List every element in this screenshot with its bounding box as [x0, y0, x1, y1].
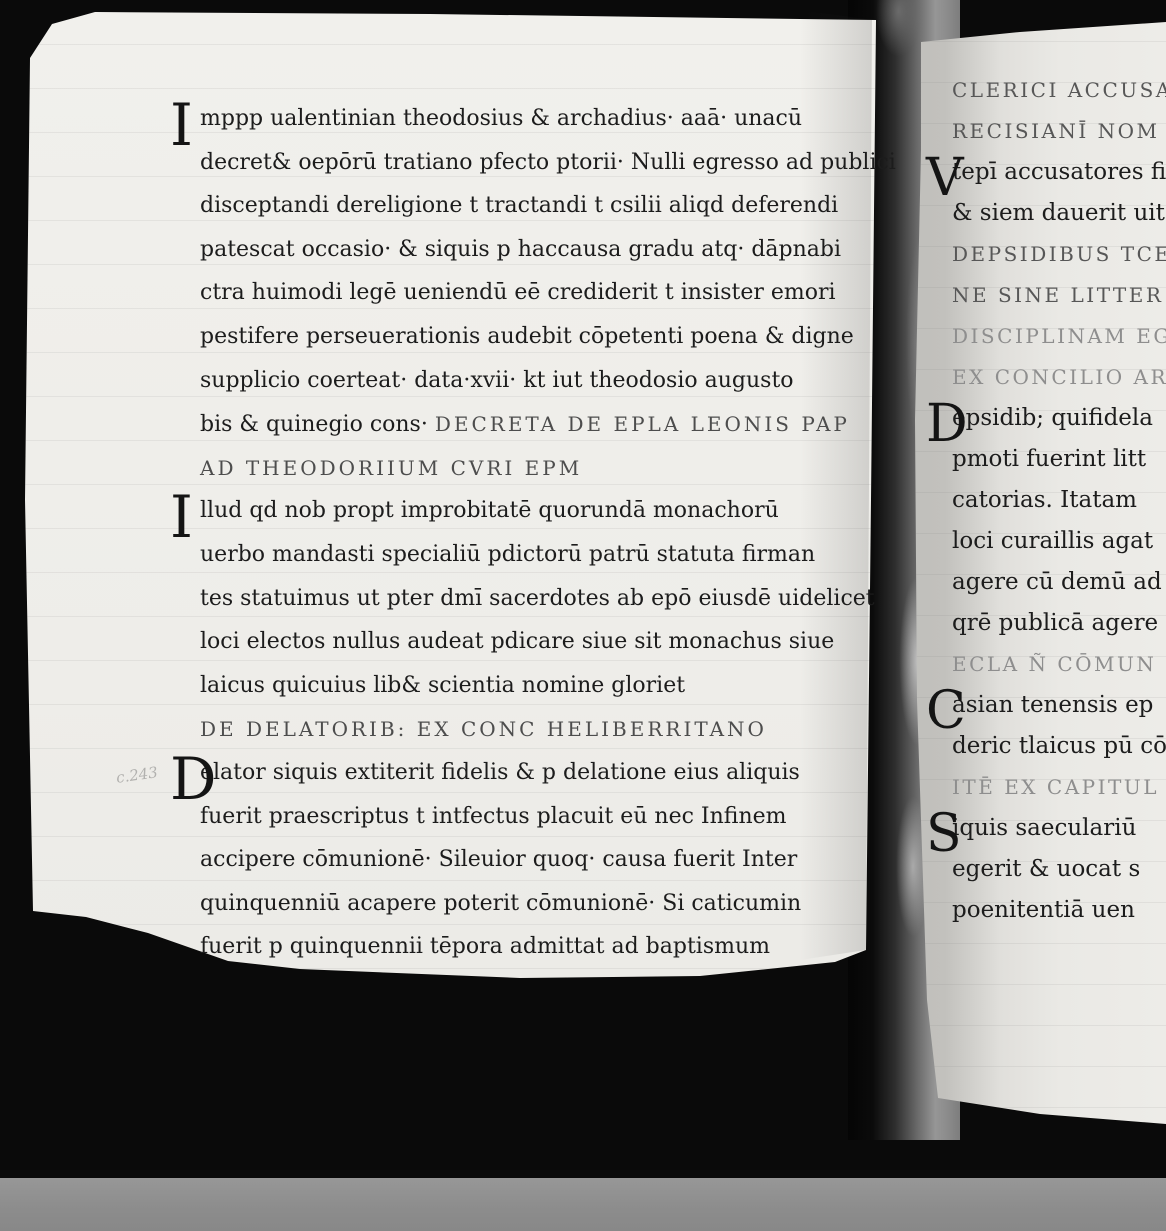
line-body-text: & siem dauerit uit	[952, 200, 1165, 226]
text-line: DE DELATORIB: EX CONC HELIBERRITANO	[200, 712, 865, 756]
scan-footer-strip	[0, 1178, 1166, 1231]
rubric-heading: ITĒ EX CAPITUL	[952, 775, 1159, 799]
right-page-text: CLERICI ACCUSAX RECISIANĪ NOM V tepī acc…	[952, 74, 1166, 935]
drop-cap-initial: I	[170, 96, 193, 154]
line-body-text: agere cū demū ad	[952, 569, 1162, 595]
text-line: C asian tenensis ep	[952, 689, 1166, 730]
text-line: fuerit p quinquennii tēpora admittat ad …	[200, 930, 865, 974]
text-line: V tepī accusatores fi	[952, 156, 1166, 197]
text-line: ctra huimodi legē ueniendū eē crediderit…	[200, 276, 865, 320]
line-body-text: quinquenniū acapere poterit cōmunionē· S…	[200, 891, 801, 916]
line-body-text: iquis saeculariū	[952, 815, 1136, 841]
text-line: tes statuimus ut pter dmī sacerdotes ab …	[200, 582, 865, 626]
rubric-heading: ECLA Ñ CŌMUN	[952, 652, 1156, 676]
rubric-heading: DECRETA DE EPLA LEONIS PAP	[435, 412, 850, 436]
text-line: pmoti fuerint litt	[952, 443, 1166, 484]
rubric-heading: CLERICI ACCUSAX	[952, 78, 1166, 102]
line-body-text: deric tlaicus pū cō	[952, 733, 1166, 759]
line-body-text: loci electos nullus audeat pdicare siue …	[200, 629, 834, 654]
line-body-text: elator siquis extiterit fidelis & p dela…	[200, 760, 800, 785]
rubric-heading: EX CONCILIO AR	[952, 365, 1166, 389]
text-line: egerit & uocat s	[952, 853, 1166, 894]
text-line: & siem dauerit uit	[952, 197, 1166, 238]
line-body-text: loci curaillis agat	[952, 528, 1153, 554]
line-body-text: egerit & uocat s	[952, 856, 1140, 882]
text-line: disceptandi dereligione t tractandi t cs…	[200, 189, 865, 233]
text-line: EX CONCILIO AR	[952, 361, 1166, 402]
line-body-text: catorias. Itatam	[952, 487, 1137, 513]
text-line: NE SINE LITTER	[952, 279, 1166, 320]
text-line: catorias. Itatam	[952, 484, 1166, 525]
line-body-text: poenitentiā uen	[952, 897, 1135, 923]
text-line: RECISIANĪ NOM	[952, 115, 1166, 156]
text-line: loci electos nullus audeat pdicare siue …	[200, 625, 865, 669]
text-line: poenitentiā uen	[952, 894, 1166, 935]
line-body-text: decret& oepōrū tratiano pfecto ptorii· N…	[200, 150, 896, 175]
text-line: CLERICI ACCUSAX	[952, 74, 1166, 115]
text-line: D elator siquis extiterit fidelis & p de…	[200, 756, 865, 800]
line-body-text: laicus quicuius lib& scientia nomine glo…	[200, 673, 685, 698]
text-line: I llud qd nob propt improbitatē quorundā…	[200, 494, 865, 538]
text-line: AD THEODORIIUM CVRI EPM	[200, 451, 865, 495]
line-body-text: llud qd nob propt improbitatē quorundā m…	[200, 498, 779, 523]
left-page-text: I mppp ualentinian theodosius & archadiu…	[200, 102, 865, 974]
rubric-heading: RECISIANĪ NOM	[952, 119, 1160, 143]
text-line: ITĒ EX CAPITUL	[952, 771, 1166, 812]
text-line: deric tlaicus pū cō	[952, 730, 1166, 771]
line-body-text: mppp ualentinian theodosius & archadius·…	[200, 106, 802, 131]
line-body-text: patescat occasio· & siquis p haccausa gr…	[200, 237, 841, 262]
line-body-text: pmoti fuerint litt	[952, 446, 1146, 472]
text-line: uerbo mandasti specialiū pdictorū patrū …	[200, 538, 865, 582]
line-body-text: bis & quinegio cons·	[200, 412, 435, 437]
text-line: decret& oepōrū tratiano pfecto ptorii· N…	[200, 146, 865, 190]
line-body-text: qrē publicā agere	[952, 610, 1158, 636]
line-body-text: supplicio coerteat· data·xvii· kt iut th…	[200, 368, 794, 393]
rubric-heading: DEPSIDIBUS TCE	[952, 242, 1166, 266]
line-body-text: ctra huimodi legē ueniendū eē crediderit…	[200, 280, 836, 305]
drop-cap-initial: I	[170, 488, 193, 546]
rubric-heading: AD THEODORIIUM CVRI EPM	[200, 456, 582, 480]
text-line: agere cū demū ad	[952, 566, 1166, 607]
line-body-text: fuerit p quinquennii tēpora admittat ad …	[200, 934, 770, 959]
line-body-text: tes statuimus ut pter dmī sacerdotes ab …	[200, 586, 875, 611]
line-body-text: uerbo mandasti specialiū pdictorū patrū …	[200, 542, 815, 567]
text-line: quinquenniū acapere poterit cōmunionē· S…	[200, 887, 865, 931]
line-body-text: fuerit praescriptus t intfectus placuit …	[200, 804, 787, 829]
text-line: qrē publicā agere	[952, 607, 1166, 648]
line-body-text: pestifere perseuerationis audebit cōpete…	[200, 324, 854, 349]
text-line: loci curaillis agat	[952, 525, 1166, 566]
text-line: laicus quicuius lib& scientia nomine glo…	[200, 669, 865, 713]
text-line: accipere cōmunionē· Sileuior quoq· causa…	[200, 843, 865, 887]
line-body-text: asian tenensis ep	[952, 692, 1153, 718]
text-line: pestifere perseuerationis audebit cōpete…	[200, 320, 865, 364]
text-line: D epsidib; quifidela	[952, 402, 1166, 443]
text-line: fuerit praescriptus t intfectus placuit …	[200, 800, 865, 844]
text-line: I mppp ualentinian theodosius & archadiu…	[200, 102, 865, 146]
text-line: supplicio coerteat· data·xvii· kt iut th…	[200, 364, 865, 408]
rubric-heading: NE SINE LITTER	[952, 283, 1163, 307]
text-line: S iquis saeculariū	[952, 812, 1166, 853]
line-body-text: epsidib; quifidela	[952, 405, 1153, 431]
line-body-text: accipere cōmunionē· Sileuior quoq· causa…	[200, 847, 797, 872]
rubric-heading: DISCIPLINAM EG	[952, 324, 1166, 348]
line-body-text: tepī accusatores fi	[952, 159, 1166, 185]
text-line: ECLA Ñ CŌMUN	[952, 648, 1166, 689]
text-line: patescat occasio· & siquis p haccausa gr…	[200, 233, 865, 277]
text-line: DEPSIDIBUS TCE	[952, 238, 1166, 279]
text-line: bis & quinegio cons· DECRETA DE EPLA LEO…	[200, 407, 865, 451]
manuscript-photo: c.243 I mppp ualentinian theodosius & ar…	[0, 0, 1166, 1231]
text-line: DISCIPLINAM EG	[952, 320, 1166, 361]
line-body-text: disceptandi dereligione t tractandi t cs…	[200, 193, 838, 218]
rubric-heading: DE DELATORIB: EX CONC HELIBERRITANO	[200, 717, 767, 741]
